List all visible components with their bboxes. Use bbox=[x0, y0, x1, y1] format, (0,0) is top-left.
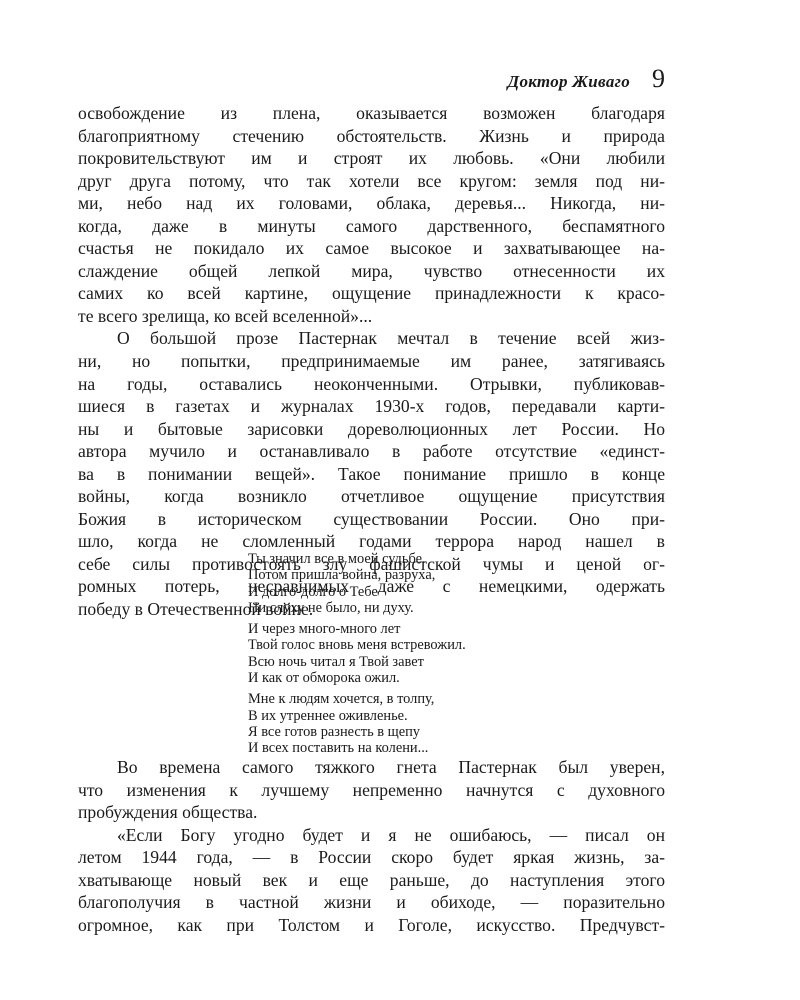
paragraph-first-line: «Если Богу угодно будет и я не ошибаюсь,… bbox=[78, 824, 665, 847]
text-line: благоприятному стечению обстоятельств. Ж… bbox=[78, 125, 665, 148]
text-line: ны и бытовые зарисовки дореволюционных л… bbox=[78, 418, 665, 441]
text-line: Божия в историческом существовании Росси… bbox=[78, 508, 665, 531]
text-line: шиеся в газетах и журналах 1930-х годов,… bbox=[78, 395, 665, 418]
poem-verse: Потом пришла война, разруха, bbox=[248, 567, 608, 583]
poem-verse: И долго-долго о Тебе bbox=[248, 584, 608, 600]
text-line: на годы, оставались неоконченными. Отрыв… bbox=[78, 373, 665, 396]
text-line: пробуждения общества. bbox=[78, 801, 665, 824]
paragraph-first-line: О большой прозе Пастернак мечтал в течен… bbox=[78, 327, 665, 350]
poem-verse: И всех поставить на колени... bbox=[248, 740, 608, 756]
poem-verse: И через много-много лет bbox=[248, 621, 608, 637]
text-line: войны, когда возникло отчетливое ощущени… bbox=[78, 485, 665, 508]
poem-stanza: Мне к людям хочется, в толпу,В их утренн… bbox=[248, 691, 608, 757]
poem-stanza: Ты значил все в моей судьбе.Потом пришла… bbox=[248, 551, 608, 617]
text-line: шло, когда не сломленный годами террора … bbox=[78, 530, 665, 553]
poem-verse: Ты значил все в моей судьбе. bbox=[248, 551, 608, 567]
poem-verse: И как от обморока ожил. bbox=[248, 670, 608, 686]
running-title: Доктор Живаго bbox=[508, 72, 630, 92]
poem-quote: Ты значил все в моей судьбе.Потом пришла… bbox=[248, 551, 608, 761]
text-line: покровительствуют им и строят их любовь.… bbox=[78, 147, 665, 170]
page-number: 9 bbox=[652, 64, 665, 94]
poem-verse: В их утреннее оживленье. bbox=[248, 708, 608, 724]
prose-block-top: освобождение из плена, оказывается возмо… bbox=[78, 102, 665, 621]
text-line: благополучия в частной жизни и обиходе, … bbox=[78, 891, 665, 914]
poem-stanza: И через много-много летТвой голос вновь … bbox=[248, 621, 608, 687]
text-line: те всего зрелища, ко всей вселенной»... bbox=[78, 305, 665, 328]
text-line: самих ко всей картине, ощущение принадле… bbox=[78, 282, 665, 305]
poem-verse: Твой голос вновь меня встревожил. bbox=[248, 637, 608, 653]
text-line: ми, небо над их головами, облака, деревь… bbox=[78, 192, 665, 215]
poem-verse: Всю ночь читал я Твой завет bbox=[248, 654, 608, 670]
text-line: ни, но попытки, предпринимаемые им ранее… bbox=[78, 350, 665, 373]
prose-block-bottom: Во времена самого тяжкого гнета Пастерна… bbox=[78, 756, 665, 936]
text-line: хватывающе новый век и еще раньше, до на… bbox=[78, 869, 665, 892]
poem-verse: Ни слуху не было, ни духу. bbox=[248, 600, 608, 616]
text-line: освобождение из плена, оказывается возмо… bbox=[78, 102, 665, 125]
paragraph-first-line: Во времена самого тяжкого гнета Пастерна… bbox=[78, 756, 665, 779]
text-line: когда, даже в минуты самого дарственного… bbox=[78, 215, 665, 238]
text-line: счастья не покидало их самое высокое и з… bbox=[78, 237, 665, 260]
text-line: ва в понимании вещей». Такое понимание п… bbox=[78, 463, 665, 486]
poem-verse: Я все готов разнесть в щепу bbox=[248, 724, 608, 740]
text-line: слаждение общей лепкой мира, чувство отн… bbox=[78, 260, 665, 283]
text-line: автора мучило и останавливало в работе о… bbox=[78, 440, 665, 463]
text-line: летом 1944 года, — в России скоро будет … bbox=[78, 846, 665, 869]
text-line: огромное, как при Толстом и Гоголе, иску… bbox=[78, 914, 665, 937]
text-line: что изменения к лучшему непременно начну… bbox=[78, 779, 665, 802]
text-line: друг друга потому, что так хотели все кр… bbox=[78, 170, 665, 193]
book-page: Доктор Живаго 9 освобождение из плена, о… bbox=[0, 0, 800, 1000]
running-head: Доктор Живаго 9 bbox=[440, 64, 665, 96]
poem-verse: Мне к людям хочется, в толпу, bbox=[248, 691, 608, 707]
